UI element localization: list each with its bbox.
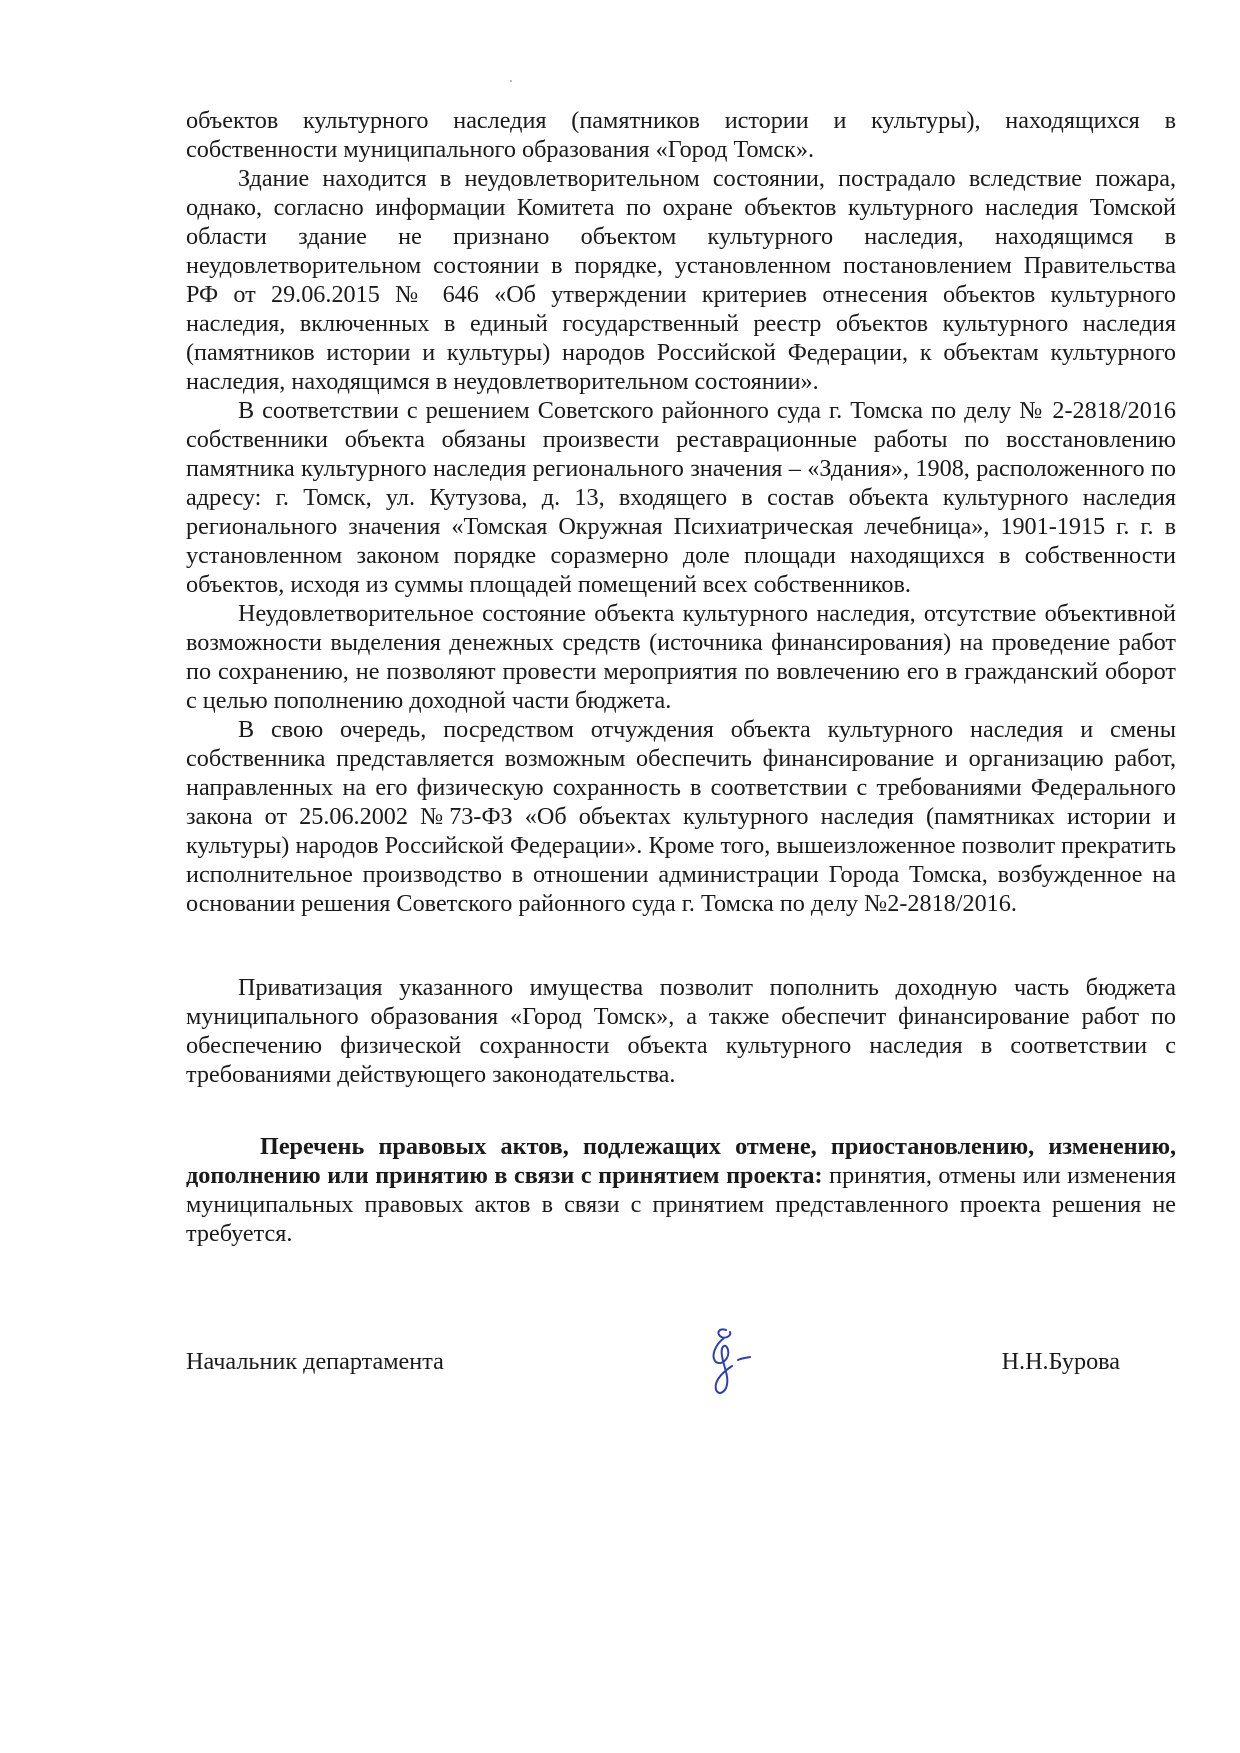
paragraph-legal-acts: Перечень правовых актов, подлежащих отме… (186, 1132, 1176, 1248)
handwritten-signature-icon (686, 1322, 786, 1402)
scan-artifact-dot (510, 80, 512, 82)
paragraph-privatization-benefit: Приватизация указанного имущества позвол… (186, 973, 1176, 1089)
paragraph-unsatisfactory-state: Неудовлетворительное состояние объекта к… (186, 599, 1176, 715)
paragraph-court-decision: В соответствии с решением Советского рай… (186, 396, 1176, 599)
signatory-name: Н.Н.Бурова (1002, 1348, 1120, 1376)
paragraph-heritage-ownership: объектов культурного наследия (памятнико… (186, 106, 1176, 164)
paragraph-alienation-rationale: В свою очередь, посредством отчуждения о… (186, 715, 1176, 918)
document-body: объектов культурного наследия (памятнико… (186, 106, 1176, 1248)
signatory-position: Начальник департамента (186, 1348, 444, 1376)
paragraph-building-condition: Здание находится в неудовлетворительном … (186, 164, 1176, 396)
signature-block: Начальник департамента Н.Н.Бурова (186, 1336, 1176, 1396)
